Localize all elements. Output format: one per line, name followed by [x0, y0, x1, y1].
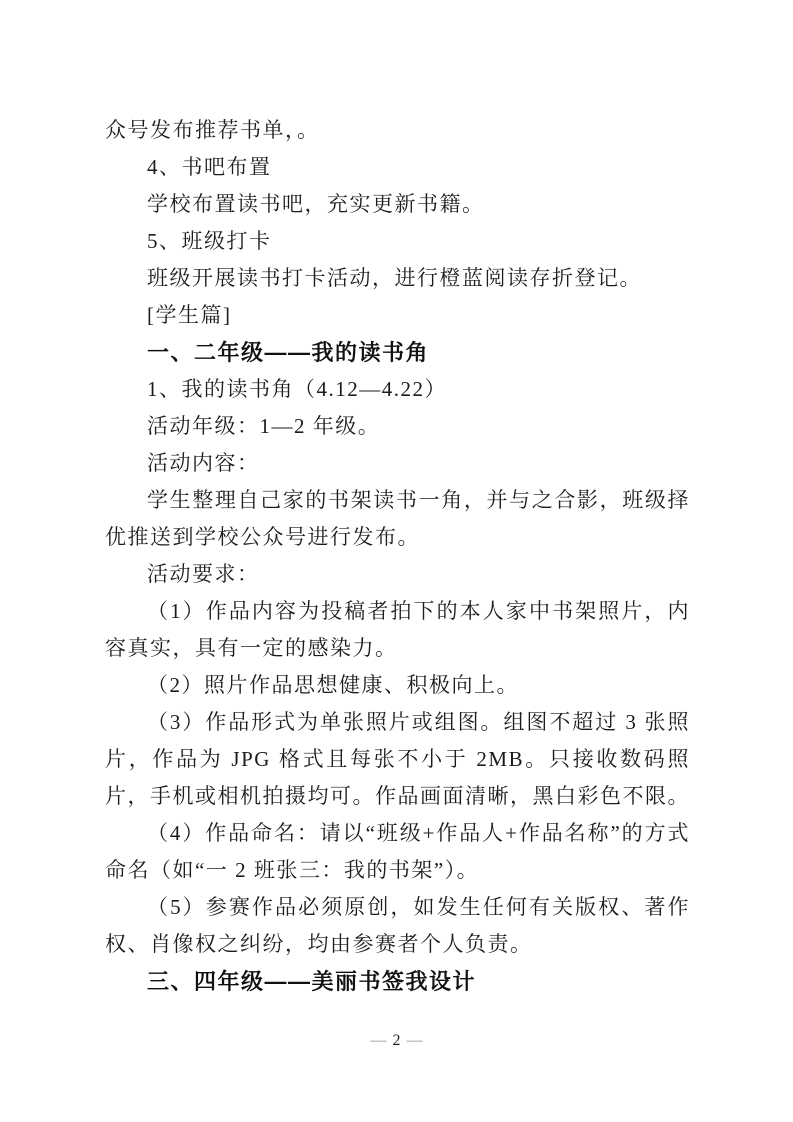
paragraph-requirement-4: （4）作品命名：请以“班级+作品人+作品名称”的方式命名（如“一 2 班张三：我… — [105, 815, 690, 889]
paragraph-item-5-title: 5、班级打卡 — [105, 223, 690, 260]
document-body: 众号发布推荐书单，。 4、书吧布置 学校布置读书吧，充实更新书籍。 5、班级打卡… — [105, 112, 690, 1000]
paragraph-item-4-title: 4、书吧布置 — [105, 149, 690, 186]
paragraph-student-section-label: [学生篇] — [105, 297, 690, 334]
page-footer: —2— — [0, 1031, 793, 1051]
paragraph-activity-requirements-label: 活动要求： — [105, 556, 690, 593]
paragraph-activity-content-label: 活动内容： — [105, 445, 690, 482]
document-page: 众号发布推荐书单，。 4、书吧布置 学校布置读书吧，充实更新书籍。 5、班级打卡… — [0, 0, 793, 1122]
paragraph-item-4-body: 学校布置读书吧，充实更新书籍。 — [105, 186, 690, 223]
paragraph-activity-title: 1、我的读书角（4.12—4.22） — [105, 371, 690, 408]
section-heading-grade-3-4: 三、四年级——美丽书签我设计 — [105, 963, 690, 1000]
paragraph-continuation: 众号发布推荐书单，。 — [105, 112, 690, 149]
paragraph-activity-content: 学生整理自己家的书架读书一角，并与之合影，班级择优推送到学校公众号进行发布。 — [105, 482, 690, 556]
paragraph-requirement-2: （2）照片作品思想健康、积极向上。 — [105, 667, 690, 704]
paragraph-item-5-body: 班级开展读书打卡活动，进行橙蓝阅读存折登记。 — [105, 260, 690, 297]
paragraph-requirement-3: （3）作品形式为单张照片或组图。组图不超过 3 张照片，作品为 JPG 格式且每… — [105, 704, 690, 815]
paragraph-requirement-5: （5）参赛作品必须原创，如发生任何有关版权、著作权、肖像权之纠纷，均由参赛者个人… — [105, 889, 690, 963]
paragraph-activity-grades: 活动年级：1—2 年级。 — [105, 408, 690, 445]
paragraph-requirement-1: （1）作品内容为投稿者拍下的本人家中书架照片，内容真实，具有一定的感染力。 — [105, 593, 690, 667]
footer-right-dash: — — [401, 1032, 429, 1049]
page-number: 2 — [393, 1032, 401, 1049]
footer-left-dash: — — [365, 1032, 393, 1049]
section-heading-grade-1-2: 一、二年级——我的读书角 — [105, 334, 690, 371]
